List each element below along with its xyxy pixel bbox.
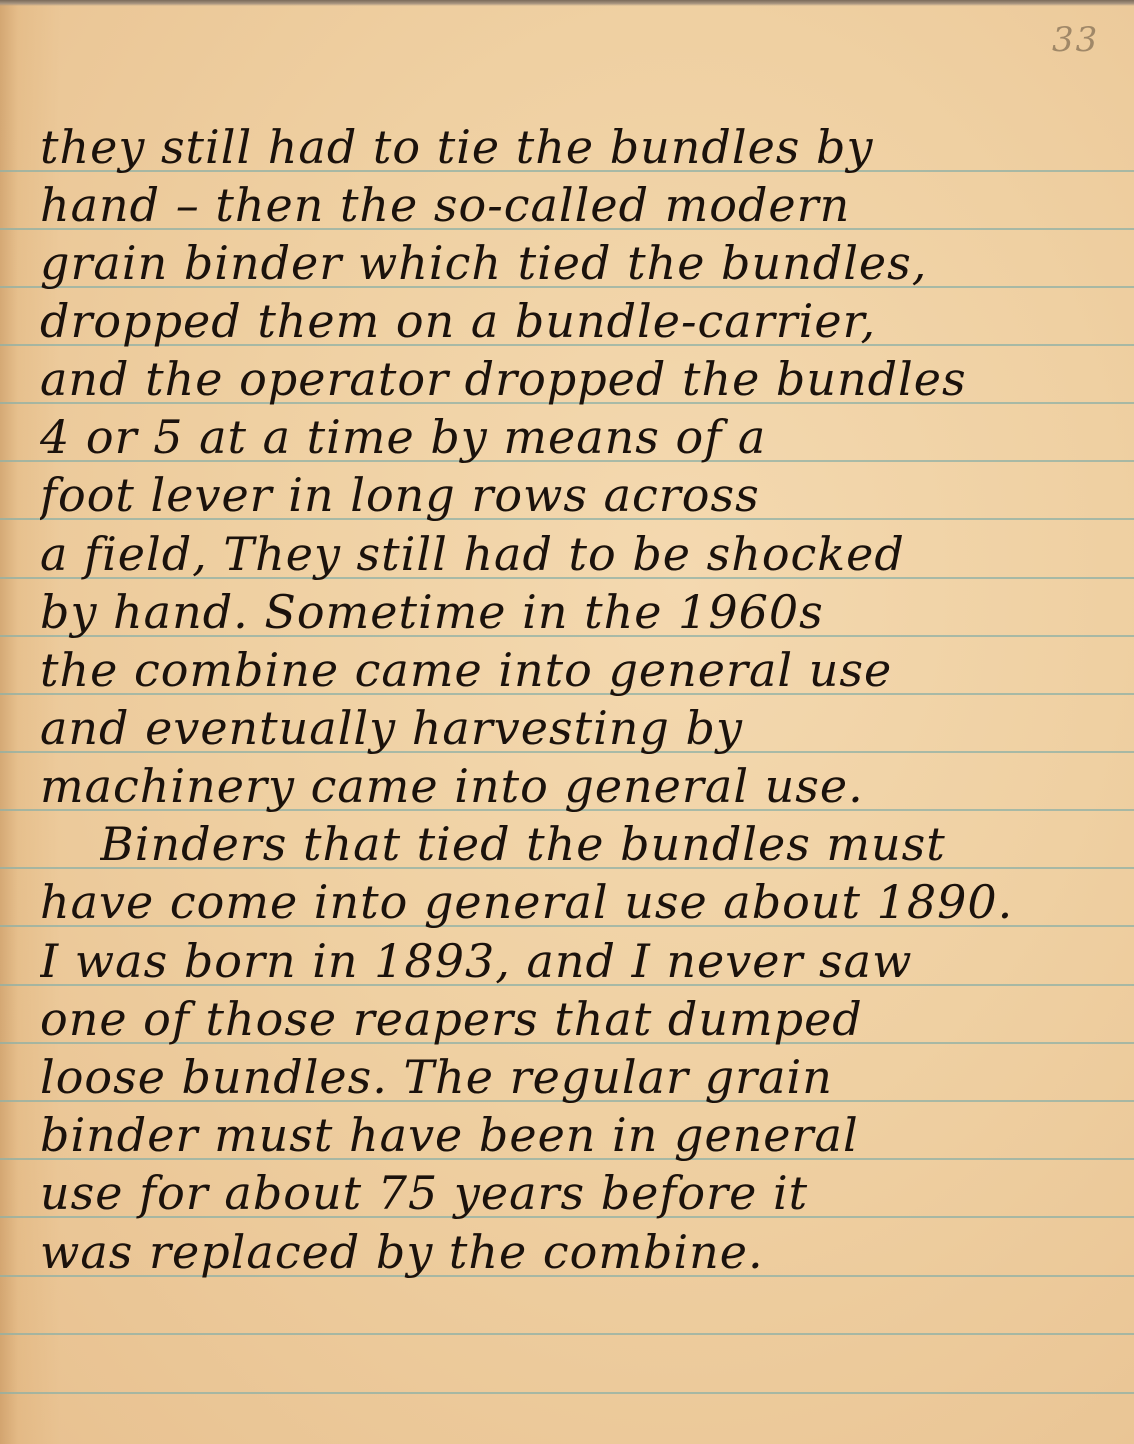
handwritten-line: and the operator dropped the bundles [40, 350, 1134, 408]
handwritten-line: one of those reapers that dumped [40, 990, 1134, 1048]
handwritten-line: machinery came into general use. [40, 757, 1134, 815]
handwritten-line: and eventually harvesting by [40, 699, 1134, 757]
page-top-edge [0, 0, 1134, 6]
handwritten-line: binder must have been in general [40, 1106, 1134, 1164]
handwritten-line: hand – then the so-called modern [40, 176, 1134, 234]
handwritten-line: loose bundles. The regular grain [40, 1048, 1134, 1106]
handwritten-line: the combine came into general use [40, 641, 1134, 699]
notebook-page: 33 they still had to tie the bundles by … [0, 0, 1134, 1444]
handwritten-line: dropped them on a bundle-carrier, [40, 292, 1134, 350]
handwritten-line: a field, They still had to be shocked [40, 525, 1134, 583]
handwritten-line: grain binder which tied the bundles, [40, 234, 1134, 292]
ruled-line [0, 1392, 1134, 1394]
ruled-line [0, 1333, 1134, 1335]
handwritten-line: was replaced by the combine. [40, 1223, 1134, 1281]
page-number: 33 [1052, 20, 1099, 60]
handwritten-line: use for about 75 years before it [40, 1164, 1134, 1222]
handwritten-line: have come into general use about 1890. [40, 873, 1134, 931]
handwritten-line: Binders that tied the bundles must [100, 815, 1134, 873]
handwritten-line: they still had to tie the bundles by [40, 118, 1134, 176]
handwritten-line: foot lever in long rows across [40, 466, 1134, 524]
handwritten-line: 4 or 5 at a time by means of a [40, 408, 1134, 466]
handwritten-line: I was born in 1893, and I never saw [40, 932, 1134, 990]
handwritten-line: by hand. Sometime in the 1960s [40, 583, 1134, 641]
